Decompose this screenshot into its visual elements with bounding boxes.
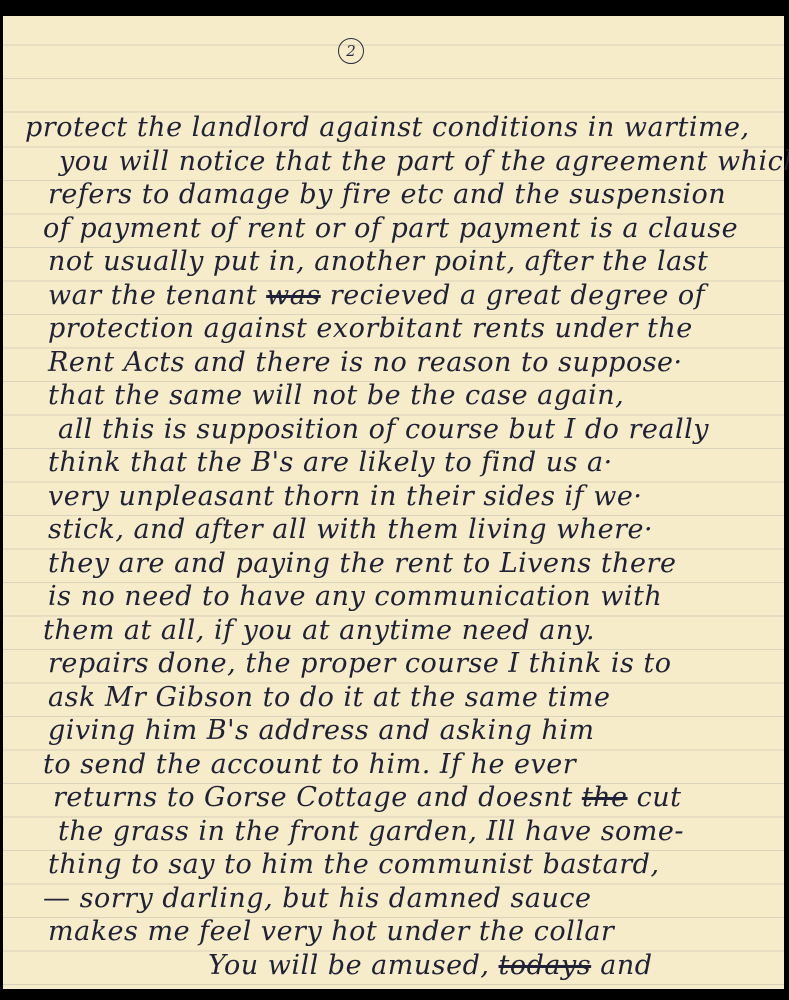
- letter-line: refers to damage by fire etc and the sus…: [48, 179, 726, 210]
- struck-text: todays: [499, 950, 592, 981]
- letter-line: returns to Gorse Cottage and doesnt the …: [53, 782, 681, 813]
- struck-text: the: [582, 782, 628, 813]
- letter-line: war the tenant was recieved a great degr…: [48, 280, 705, 311]
- text: war the tenant: [48, 280, 266, 311]
- letter-line: — sorry darling, but his damned sauce: [43, 883, 591, 914]
- letter-line: repairs done, the proper course I think …: [48, 648, 672, 679]
- letter-line: is no need to have any communication wit…: [48, 581, 662, 612]
- letter-line: ask Mr Gibson to do it at the same time: [48, 682, 611, 713]
- letter-line: them at all, if you at anytime need any.: [43, 615, 595, 646]
- letter-line: the grass in the front garden, Ill have …: [58, 816, 684, 847]
- text: You will be amused,: [208, 950, 499, 981]
- text: returns to Gorse Cottage and doesnt: [53, 782, 582, 813]
- letter-line: very unpleasant thorn in their sides if …: [48, 481, 642, 512]
- letter-line: that the same will not be the case again…: [48, 380, 624, 411]
- letter-line: think that the B's are likely to find us…: [48, 447, 613, 478]
- letter-line: protect the landlord against conditions …: [25, 112, 750, 143]
- text: recieved a great degree of: [321, 280, 705, 311]
- letter-line: all this is supposition of course but I …: [58, 414, 709, 445]
- letter-line: protection against exorbitant rents unde…: [48, 313, 693, 344]
- letter-line: You will be amused, todays and: [208, 950, 653, 981]
- text: cut: [628, 782, 682, 813]
- letter-line: you will notice that the part of the agr…: [59, 146, 789, 177]
- struck-text: was: [266, 280, 321, 311]
- letter-line: they are and paying the rent to Livens t…: [48, 548, 676, 579]
- letter-line: giving him B's address and asking him: [48, 715, 595, 746]
- letter-line: Rent Acts and there is no reason to supp…: [48, 347, 683, 378]
- letter-line: stick, and after all with them living wh…: [48, 514, 653, 545]
- letter-line: makes me feel very hot under the collar: [48, 916, 614, 947]
- letter-page: 2 protect the landlord against condition…: [3, 16, 784, 989]
- letter-line: thing to say to him the communist bastar…: [48, 849, 660, 880]
- page-number: 2: [338, 38, 364, 64]
- letter-line: not usually put in, another point, after…: [48, 246, 708, 277]
- letter-line: of payment of rent or of part payment is…: [43, 213, 738, 244]
- text: and: [591, 950, 652, 981]
- letter-line: to send the account to him. If he ever: [43, 749, 576, 780]
